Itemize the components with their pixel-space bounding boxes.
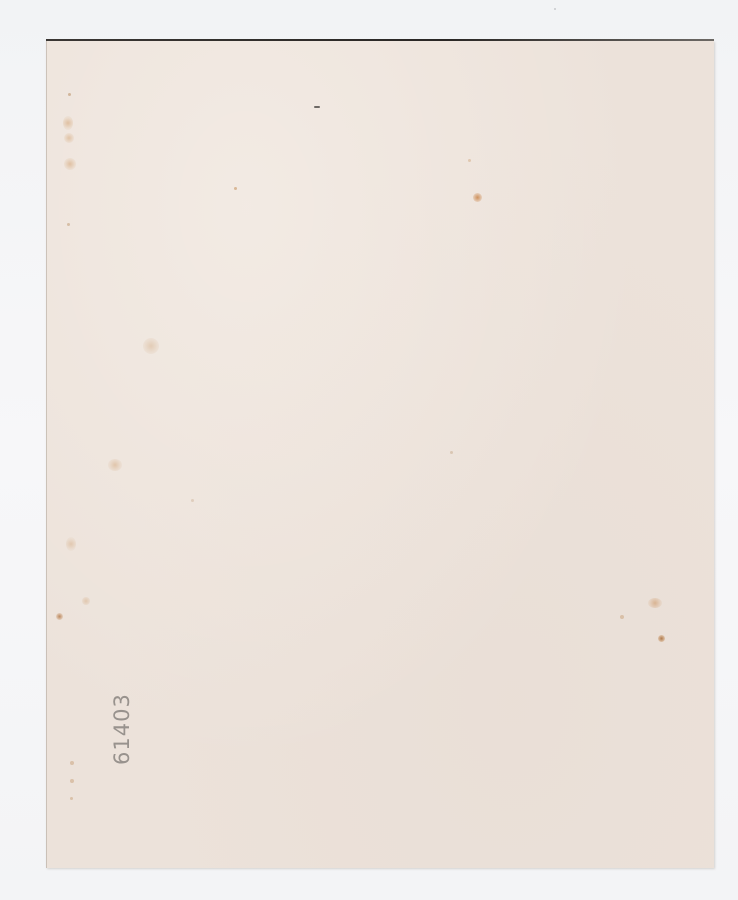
- foxing-spot: [658, 635, 665, 642]
- foxing-spot: [66, 537, 76, 551]
- foxing-spot: [108, 459, 122, 471]
- foxing-spot: [68, 93, 71, 96]
- foxing-spot: [70, 779, 74, 783]
- foxing-spot: [70, 761, 74, 765]
- foxing-spot: [620, 615, 624, 619]
- foxing-spot: [468, 159, 471, 162]
- foxing-spot: [234, 187, 237, 190]
- foxing-spot: [64, 158, 76, 170]
- paper-top-edge-shadow: [46, 39, 714, 41]
- paper-left-edge: [46, 41, 47, 868]
- foxing-spot: [473, 193, 482, 202]
- foxing-spot: [191, 499, 194, 502]
- pencil-mark: [314, 106, 320, 108]
- foxing-spot: [70, 797, 73, 800]
- foxing-spot: [143, 338, 159, 354]
- background-speck: [554, 8, 556, 10]
- foxing-spot: [67, 223, 70, 226]
- foxing-spot: [648, 598, 662, 608]
- foxing-spot: [82, 597, 90, 605]
- foxing-spot: [64, 133, 74, 143]
- foxing-spot: [56, 613, 63, 620]
- foxing-spot: [450, 451, 453, 454]
- paper-sheet: 61403: [46, 41, 714, 868]
- handwritten-inventory-number: 61403: [110, 685, 134, 765]
- foxing-spot: [63, 116, 73, 130]
